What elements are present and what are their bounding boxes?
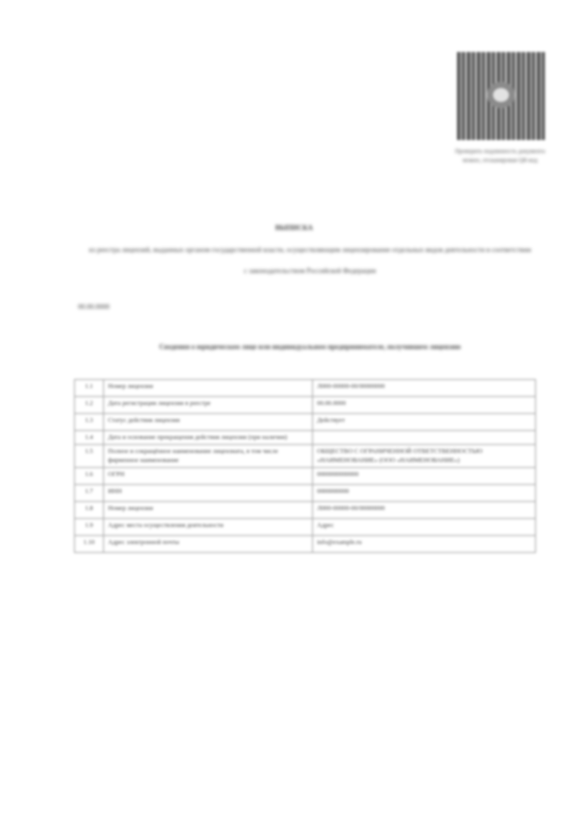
register-table: 1.1Номер лицензииЛ000-00000-00/000000001… — [74, 379, 536, 553]
cell-label: Номер лицензии — [104, 502, 313, 519]
table-row: 1.10Адрес электронной почтыinfo@example.… — [75, 536, 536, 553]
cell-label: Полное и сокращённое наименование лиценз… — [104, 445, 313, 468]
table-row: 1.5Полное и сокращённое наименование лиц… — [75, 445, 536, 468]
table-row: 1.8Номер лицензииЛ000-00000-00/00000000 — [75, 502, 536, 519]
cell-num: 1.8 — [75, 502, 104, 519]
table-row: 1.4Дата и основание прекращения действия… — [75, 431, 536, 445]
cell-value: 0000000000 — [313, 485, 536, 502]
cell-label: ОГРН — [104, 468, 313, 485]
cell-label: Адрес электронной почты — [104, 536, 313, 553]
cell-label: ИНН — [104, 485, 313, 502]
document-date: 00.00.0000 — [78, 303, 110, 311]
cell-label: Статус действия лицензии — [104, 414, 313, 431]
cell-num: 1.3 — [75, 414, 104, 431]
cell-value — [313, 431, 536, 445]
document-title: ВЫПИСКА — [0, 224, 588, 232]
cell-num: 1.4 — [75, 431, 104, 445]
cell-num: 1.7 — [75, 485, 104, 502]
table-row: 1.7ИНН0000000000 — [75, 485, 536, 502]
cell-num: 1.6 — [75, 468, 104, 485]
cell-num: 1.9 — [75, 519, 104, 536]
cell-value: Л000-00000-00/00000000 — [313, 380, 536, 397]
cell-value: 00.00.0000 — [313, 397, 536, 414]
cell-label: Дата и основание прекращения действия ли… — [104, 431, 313, 445]
qr-caption: Проверить подлинность документа можно, о… — [448, 148, 552, 165]
qr-code — [457, 52, 545, 140]
cell-label: Адрес места осуществления деятельности — [104, 519, 313, 536]
table-row: 1.2Дата регистрации лицензии в реестре00… — [75, 397, 536, 414]
cell-value: info@example.ru — [313, 536, 536, 553]
document-subtitle: из реестра лицензий, выданных органом го… — [88, 240, 532, 282]
table-row: 1.3Статус действия лицензииДействует — [75, 414, 536, 431]
cell-value: Л000-00000-00/00000000 — [313, 502, 536, 519]
cell-label: Номер лицензии — [104, 380, 313, 397]
table-row: 1.1Номер лицензииЛ000-00000-00/00000000 — [75, 380, 536, 397]
cell-label: Дата регистрации лицензии в реестре — [104, 397, 313, 414]
cell-num: 1.5 — [75, 445, 104, 468]
cell-num: 1.2 — [75, 397, 104, 414]
cell-num: 1.10 — [75, 536, 104, 553]
cell-value: ОБЩЕСТВО С ОГРАНИЧЕННОЙ ОТВЕТСТВЕННОСТЬЮ… — [313, 445, 536, 468]
table-row: 1.6ОГРН0000000000000 — [75, 468, 536, 485]
cell-value: 0000000000000 — [313, 468, 536, 485]
table-row: 1.9Адрес места осуществления деятельност… — [75, 519, 536, 536]
section-title: Сведения о юридическом лице или индивиду… — [108, 342, 512, 353]
cell-value: Действует — [313, 414, 536, 431]
cell-num: 1.1 — [75, 380, 104, 397]
cell-value: Адрес — [313, 519, 536, 536]
